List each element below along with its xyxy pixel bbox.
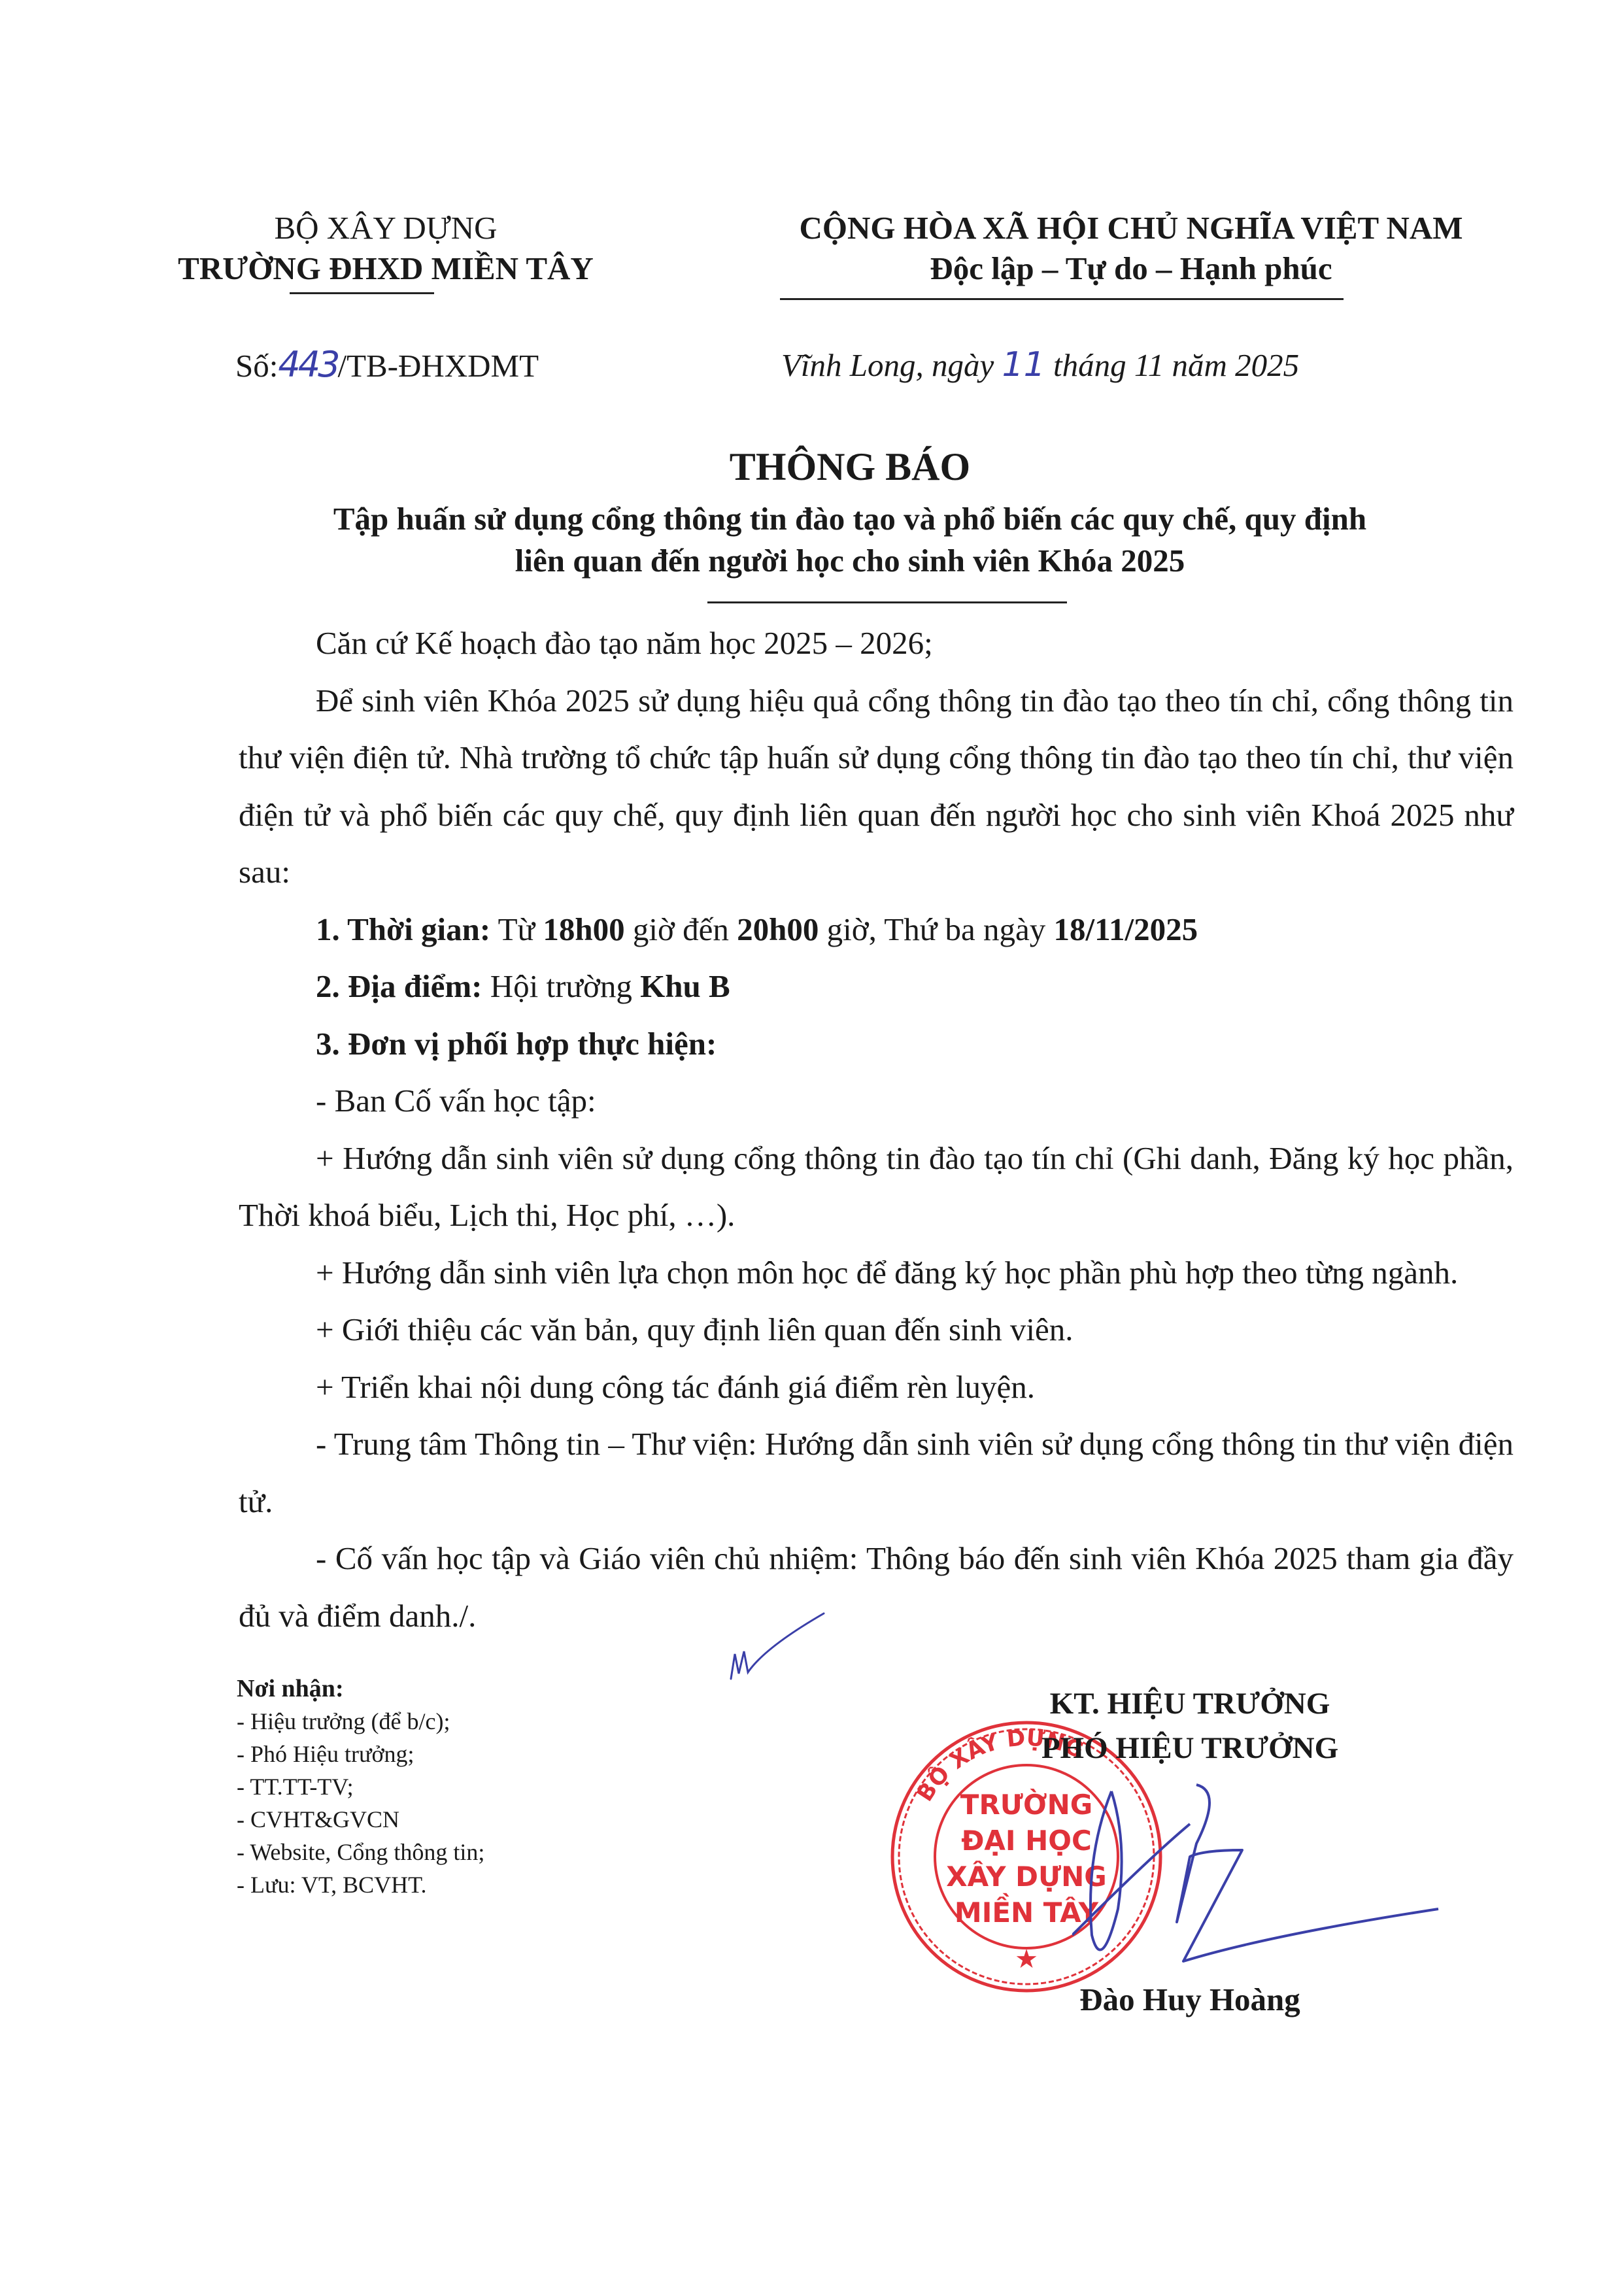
intro-paragraph: Để sinh viên Khóa 2025 sử dụng hiệu quả … xyxy=(239,672,1514,901)
recipient-item: - Phó Hiệu trưởng; xyxy=(237,1738,484,1770)
signer-name: Đào Huy Hoàng xyxy=(902,1981,1478,2018)
handwritten-signature xyxy=(1072,1778,1478,1987)
national-motto: Độc lập – Tự do – Hạnh phúc xyxy=(713,248,1549,289)
issuing-organization: BỘ XÂY DỰNG TRƯỜNG ĐHXD MIỀN TÂY xyxy=(150,208,621,289)
recipient-item: - Hiệu trưởng (để b/c); xyxy=(237,1705,484,1738)
signature-title-line2: PHÓ HIỆU TRƯỞNG xyxy=(902,1726,1478,1770)
national-header: CỘNG HÒA XÃ HỘI CHỦ NGHĨA VIỆT NAM Độc l… xyxy=(713,208,1549,289)
document-number: Số:443/TB-ĐHXDMT xyxy=(235,344,539,385)
title-rule xyxy=(707,601,1067,603)
document-title: THÔNG BÁO xyxy=(196,445,1504,490)
advisory-board: - Ban Cố vấn học tập: xyxy=(239,1072,1514,1130)
recipient-item: - Lưu: VT, BCVHT. xyxy=(237,1868,484,1901)
location-item: 2. Địa điểm: Hội trường Khu B xyxy=(239,958,1514,1015)
recipients-list: Nơi nhận: - Hiệu trưởng (để b/c); - Phó … xyxy=(237,1672,484,1901)
recipient-item: - Website, Cổng thông tin; xyxy=(237,1836,484,1868)
library-task: - Trung tâm Thông tin – Thư viện: Hướng … xyxy=(239,1415,1514,1530)
star-icon: ★ xyxy=(1015,1944,1038,1974)
task-item: + Hướng dẫn sinh viên lựa chọn môn học đ… xyxy=(239,1244,1514,1302)
signature-title-line1: KT. HIỆU TRƯỞNG xyxy=(902,1681,1478,1726)
units-heading: 3. Đơn vị phối hợp thực hiện: xyxy=(239,1015,1514,1073)
legal-basis: Căn cứ Kế hoạch đào tạo năm học 2025 – 2… xyxy=(239,615,1514,672)
advisors-task: - Cố vấn học tập và Giáo viên chủ nhiệm:… xyxy=(239,1530,1514,1644)
motto-underline xyxy=(780,298,1344,300)
school-name: TRƯỜNG ĐHXD MIỀN TÂY xyxy=(150,248,621,289)
task-item: + Hướng dẫn sinh viên sử dụng cổng thông… xyxy=(239,1130,1514,1244)
initials-mark xyxy=(726,1608,856,1687)
handwritten-number: 443 xyxy=(278,344,337,385)
country-name: CỘNG HÒA XÃ HỘI CHỦ NGHĨA VIỆT NAM xyxy=(713,208,1549,248)
task-item: + Triển khai nội dung công tác đánh giá … xyxy=(239,1358,1514,1416)
document-subtitle: Tập huấn sử dụng cổng thông tin đào tạo … xyxy=(196,498,1504,582)
recipient-item: - TT.TT-TV; xyxy=(237,1770,484,1803)
task-item: + Giới thiệu các văn bản, quy định liên … xyxy=(239,1301,1514,1358)
handwritten-day: 11 xyxy=(1002,345,1045,384)
recipient-item: - CVHT&GVCN xyxy=(237,1803,484,1836)
time-item: 1. Thời gian: Từ 18h00 giờ đến 20h00 giờ… xyxy=(239,901,1514,958)
recipients-heading: Nơi nhận: xyxy=(237,1672,484,1705)
signature-title: KT. HIỆU TRƯỞNG PHÓ HIỆU TRƯỞNG xyxy=(902,1681,1478,1770)
issue-date: Vĩnh Long, ngày 11 tháng 11 năm 2025 xyxy=(781,345,1299,384)
document-body: Căn cứ Kế hoạch đào tạo năm học 2025 – 2… xyxy=(239,615,1514,1644)
school-name-underline xyxy=(290,292,434,294)
ministry-name: BỘ XÂY DỰNG xyxy=(150,208,621,248)
